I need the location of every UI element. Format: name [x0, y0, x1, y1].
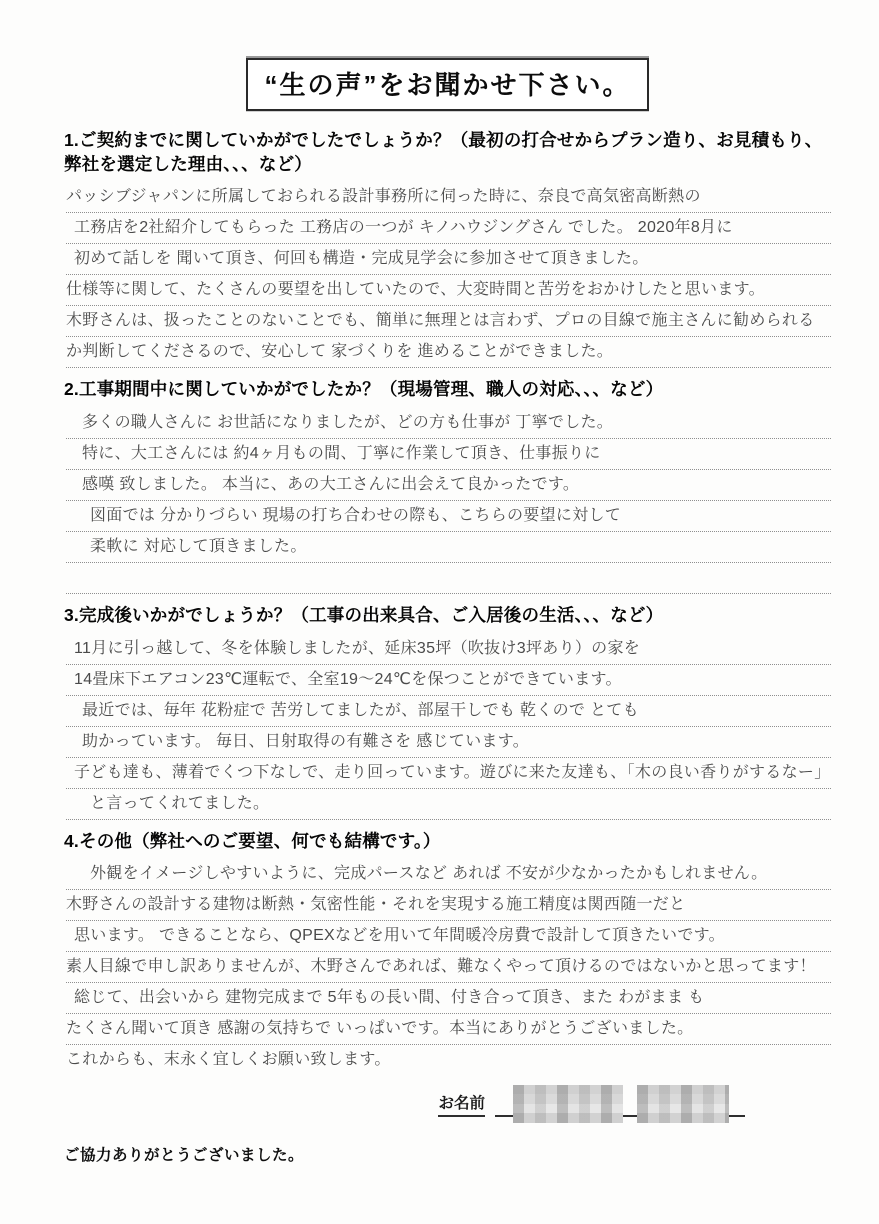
- form-title: “生の声”をお聞かせ下さい。: [264, 70, 630, 100]
- redacted-name-mosaic: [637, 1085, 729, 1123]
- section-heading: 1.ご契約までに関していかがでしたでしょうか？（最初の打合せからプラン造り、お見…: [64, 129, 831, 176]
- answer-line: たくさん聞いて頂き 感謝の気持ちで いっぱいです。本当にありがとうございました。: [66, 1014, 831, 1045]
- questionnaire-scan-page: “生の声”をお聞かせ下さい。 1.ご契約までに関していかがでしたでしょうか？（最…: [0, 0, 879, 1224]
- answer-line: 14畳床下エアコン23℃運転で、全室19～24℃を保つことができています。: [66, 665, 831, 696]
- redacted-name-mosaic: [513, 1085, 623, 1123]
- answer-line: 総じて、出会いから 建物完成まで 5年もの長い間、付き合って頂き、また わがまま…: [66, 983, 831, 1014]
- name-label: お名前: [438, 1091, 485, 1117]
- section-heading: 2.工事期間中に関していかがでしたか？（現場管理、職人の対応、、、など）: [64, 378, 831, 402]
- handwritten-answer-block: 多くの職人さんに お世話になりましたが、どの方も仕事が 丁寧でした。特に、大工さ…: [66, 408, 831, 594]
- answer-line: 木野さんの設計する建物は断熱・気密性能・それを実現する施工精度は関西随一だと: [66, 890, 831, 921]
- section-1: 1.ご契約までに関していかがでしたでしょうか？（最初の打合せからプラン造り、お見…: [64, 129, 831, 368]
- answer-line: 助かっています。 毎日、日射取得の有難さを 感じています。: [66, 727, 831, 758]
- answer-line: 外観をイメージしやすいように、完成パースなど あれば 不安が少なかったかもしれま…: [66, 859, 831, 890]
- answer-line: 木野さんは、扱ったことのないことでも、簡単に無理とは言わず、プロの目線で施主さん…: [66, 306, 831, 337]
- section-heading: 3.完成後いかがでしょうか？（工事の出来具合、ご入居後の生活、、、など）: [64, 604, 831, 628]
- footer-thanks-text: ご協力ありがとうございました。: [64, 1143, 831, 1165]
- answer-line: [66, 563, 831, 594]
- answer-line: か判断してくださるので、安心して 家づくりを 進めることができました。: [66, 337, 831, 368]
- section-2: 2.工事期間中に関していかがでしたか？（現場管理、職人の対応、、、など）多くの職…: [64, 378, 831, 594]
- name-field-row: お名前: [64, 1081, 745, 1117]
- answer-line: 素人目線で申し訳ありませんが、木野さんであれば、難なくやって頂けるのではないかと…: [66, 952, 831, 983]
- answer-line: 感嘆 致しました。 本当に、あの大工さんに出会えて良かったです。: [66, 470, 831, 501]
- answer-line: 特に、大工さんには 約4ヶ月もの間、丁寧に作業して頂き、仕事振りに: [66, 439, 831, 470]
- answer-line: 初めて話しを 聞いて頂き、何回も構造・完成見学会に参加させて頂きました。: [66, 244, 831, 275]
- answer-line: と言ってくれてました。: [66, 789, 831, 820]
- section-heading: 4.その他（弊社へのご要望、何でも結構です。）: [64, 830, 831, 854]
- section-3: 3.完成後いかがでしょうか？（工事の出来具合、ご入居後の生活、、、など）11月に…: [64, 604, 831, 820]
- answer-line: 仕様等に関して、たくさんの要望を出していたので、大変時間と苦労をおかけしたと思い…: [66, 275, 831, 306]
- form-title-box: “生の声”をお聞かせ下さい。: [246, 58, 648, 111]
- handwritten-answer-block: パッシブジャパンに所属しておられる設計事務所に伺った時に、奈良で高気密高断熱の工…: [66, 182, 831, 368]
- section-4: 4.その他（弊社へのご要望、何でも結構です。）外観をイメージしやすいように、完成…: [64, 830, 831, 1076]
- answer-line: 工務店を2社紹介してもらった 工務店の一つが キノハウジングさん でした。 20…: [66, 213, 831, 244]
- handwritten-answer-block: 11月に引っ越して、冬を体験しましたが、延床35坪（吹抜け3坪あり）の家を14畳…: [66, 634, 831, 820]
- answer-line: 図面では 分かりづらい 現場の打ち合わせの際も、こちらの要望に対して: [66, 501, 831, 532]
- answer-line: これからも、末永く宜しくお願い致します。: [66, 1045, 831, 1075]
- survey-sections: 1.ご契約までに関していかがでしたでしょうか？（最初の打合せからプラン造り、お見…: [64, 129, 831, 1075]
- handwritten-answer-block: 外観をイメージしやすいように、完成パースなど あれば 不安が少なかったかもしれま…: [66, 859, 831, 1075]
- name-underline: [495, 1081, 745, 1117]
- answer-line: 思います。 できることなら、QPEXなどを用いて年間暖冷房費で設計して頂きたいで…: [66, 921, 831, 952]
- answer-line: 多くの職人さんに お世話になりましたが、どの方も仕事が 丁寧でした。: [66, 408, 831, 439]
- answer-line: パッシブジャパンに所属しておられる設計事務所に伺った時に、奈良で高気密高断熱の: [66, 182, 831, 213]
- answer-line: 11月に引っ越して、冬を体験しましたが、延床35坪（吹抜け3坪あり）の家を: [66, 634, 831, 665]
- answer-line: 最近では、毎年 花粉症で 苦労してましたが、部屋干しでも 乾くので とても: [66, 696, 831, 727]
- answer-line: 柔軟に 対応して頂きました。: [66, 532, 831, 563]
- answer-line: 子ども達も、薄着でくつ下なしで、走り回っています。遊びに来た友達も、「木の良い香…: [66, 758, 831, 789]
